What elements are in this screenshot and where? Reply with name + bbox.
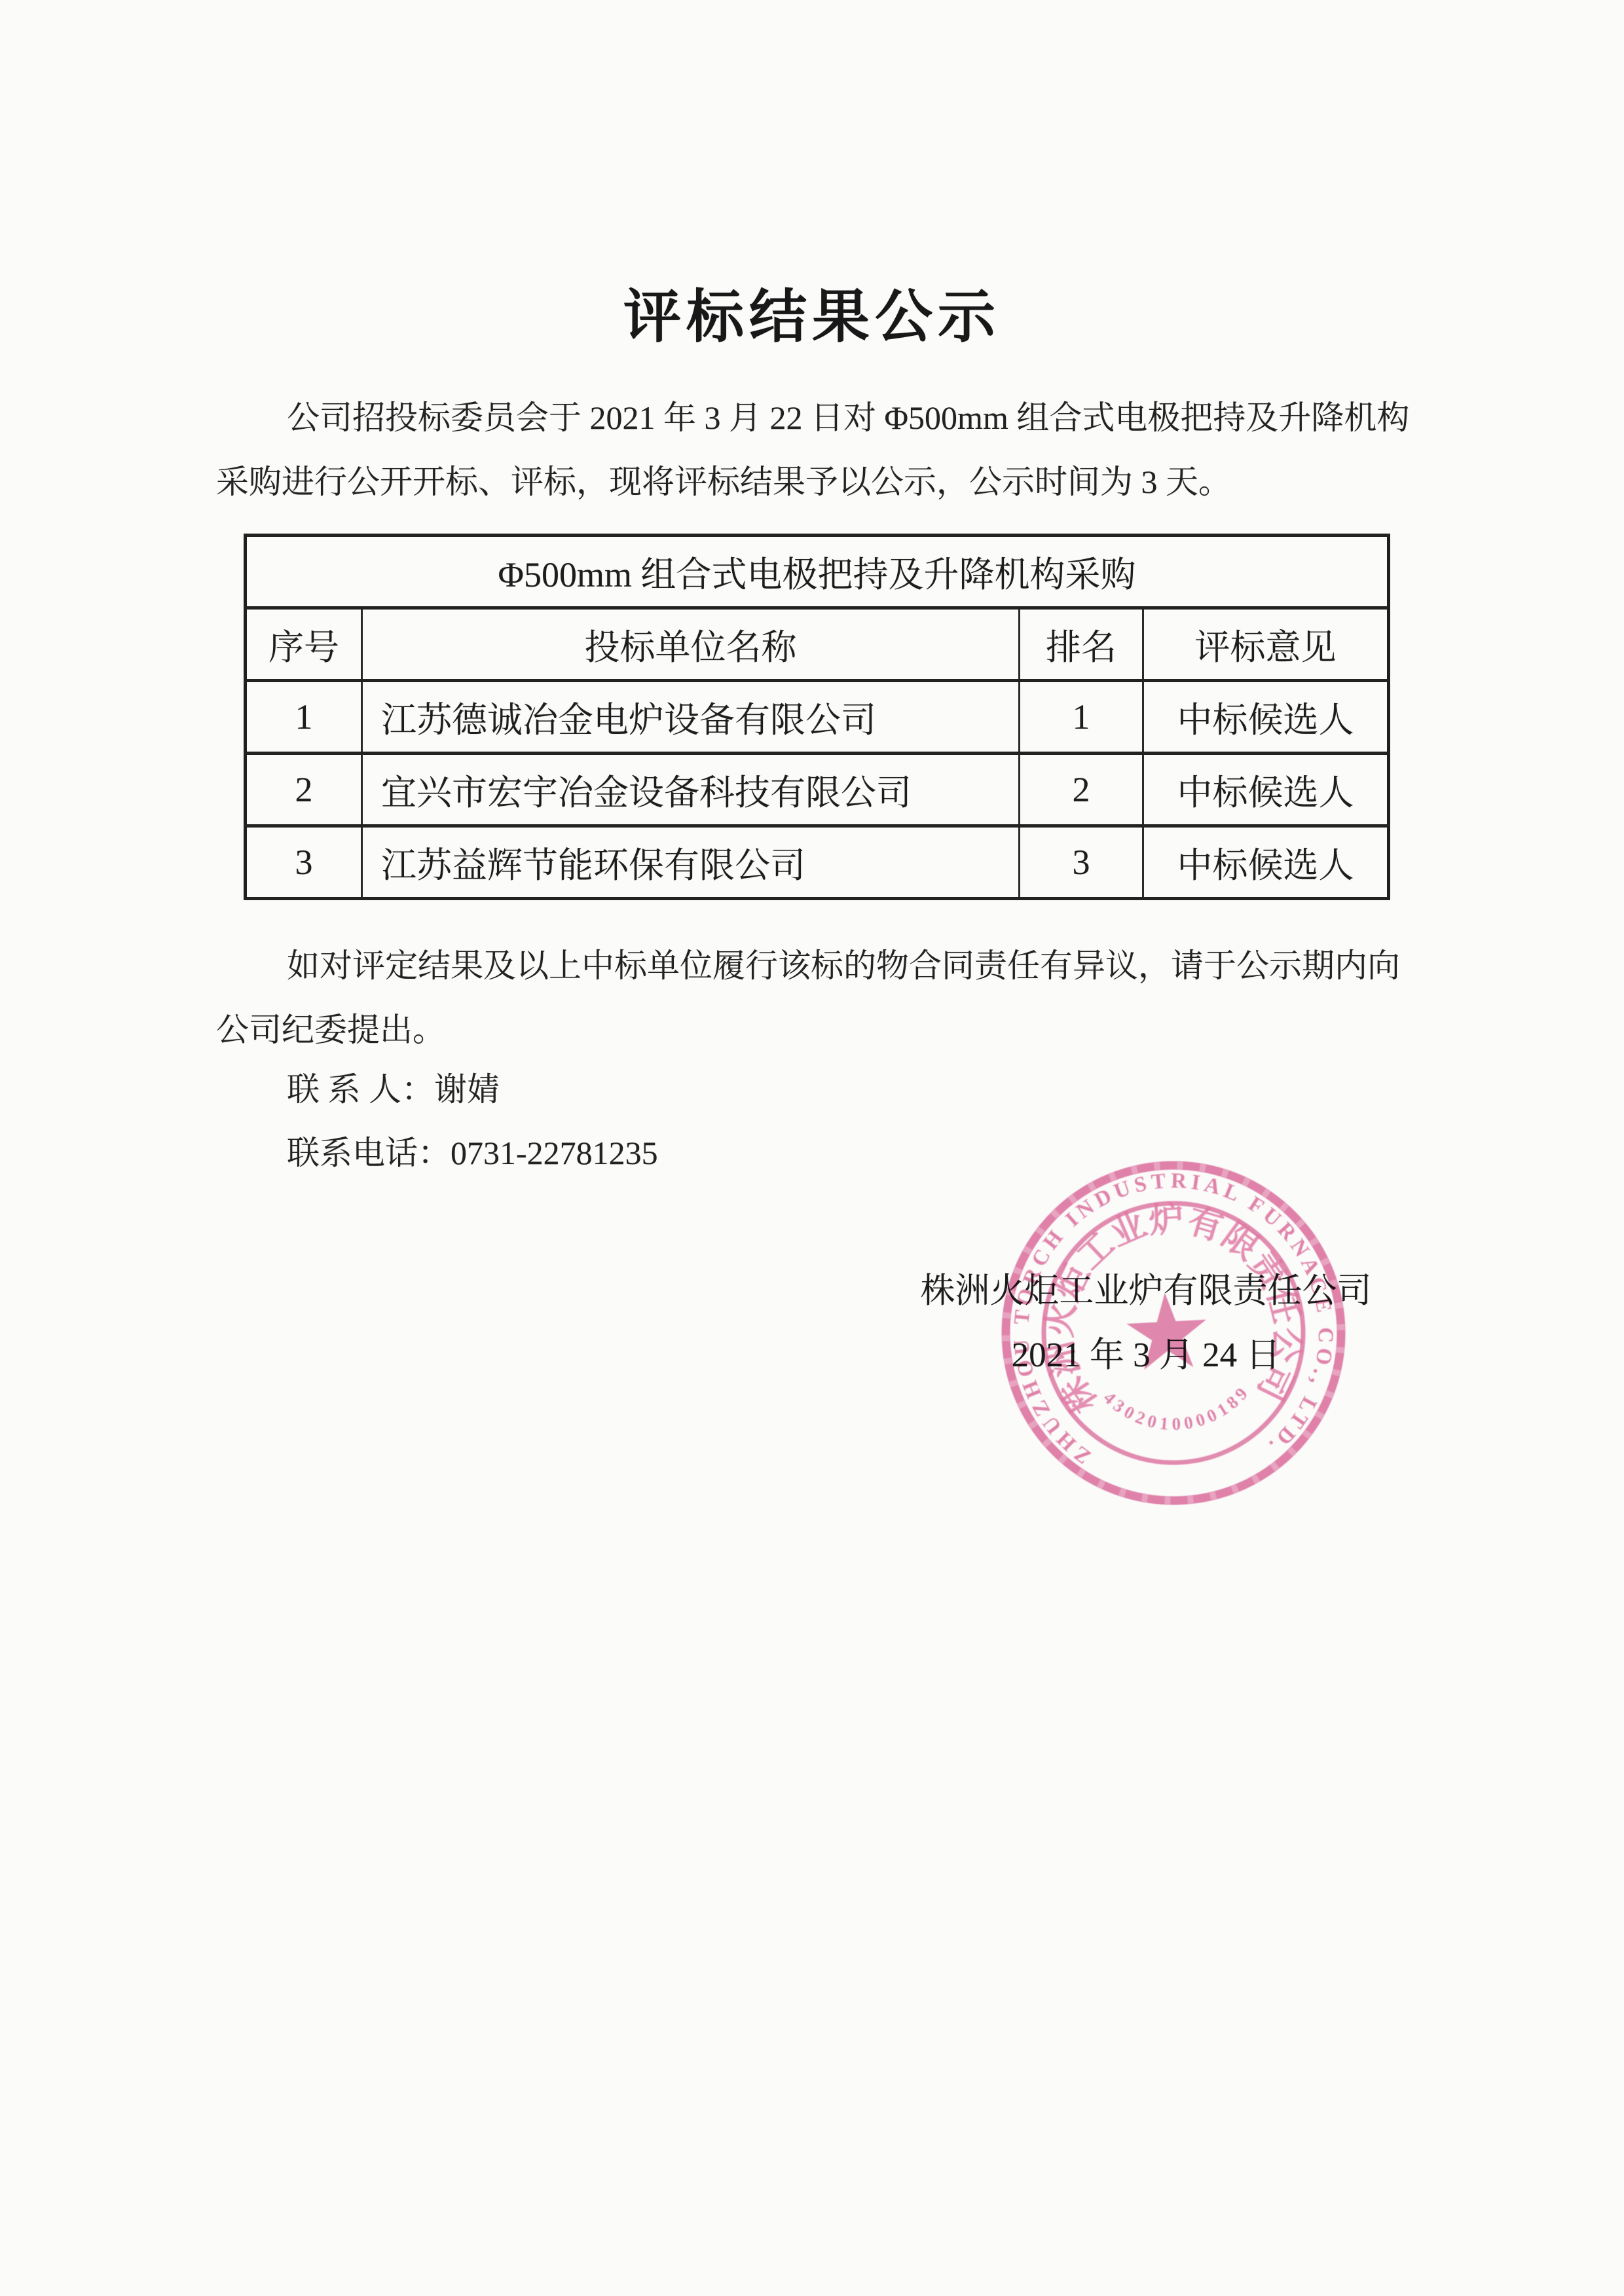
- table-row: 1 江苏德诚冶金电炉设备有限公司 1 中标候选人: [246, 681, 1389, 754]
- contact-person-line: 联 系 人：谢婧: [216, 1057, 1408, 1121]
- cell-company: 宜兴市宏宇冶金设备科技有限公司: [362, 754, 1020, 826]
- cell-rank: 1: [1020, 681, 1143, 754]
- intro-line-2: 采购进行公开开标、评标，现将评标结果予以公示，公示时间为 3 天。: [216, 450, 1408, 514]
- intro-line-1: 公司招投标委员会于 2021 年 3 月 22 日对 Φ500mm 组合式电极把…: [216, 386, 1408, 450]
- cell-no: 3: [246, 826, 362, 899]
- cell-company: 江苏益辉节能环保有限公司: [362, 826, 1020, 899]
- cell-no: 1: [246, 681, 362, 754]
- cell-opinion: 中标候选人: [1143, 826, 1389, 899]
- cell-no: 2: [246, 754, 362, 826]
- intro-paragraph: 公司招投标委员会于 2021 年 3 月 22 日对 Φ500mm 组合式电极把…: [216, 386, 1408, 514]
- table-row: 2 宜兴市宏宇冶金设备科技有限公司 2 中标候选人: [246, 754, 1389, 826]
- column-header-no: 序号: [246, 608, 362, 681]
- cell-opinion: 中标候选人: [1143, 681, 1389, 754]
- seal-serial-number: 4302010000189: [1099, 1381, 1253, 1438]
- table-caption-row: Φ500mm 组合式电极把持及升降机构采购: [246, 536, 1389, 608]
- table-caption: Φ500mm 组合式电极把持及升降机构采购: [246, 536, 1389, 608]
- column-header-company: 投标单位名称: [362, 608, 1020, 681]
- cell-company: 江苏德诚冶金电炉设备有限公司: [362, 681, 1020, 754]
- table-header-row: 序号 投标单位名称 排名 评标意见: [246, 608, 1389, 681]
- cell-opinion: 中标候选人: [1143, 754, 1389, 826]
- cell-rank: 3: [1020, 826, 1143, 899]
- column-header-opinion: 评标意见: [1143, 608, 1389, 681]
- cell-rank: 2: [1020, 754, 1143, 826]
- document-page: 评标结果公示 公司招投标委员会于 2021 年 3 月 22 日对 Φ500mm…: [0, 0, 1624, 2296]
- table-row: 3 江苏益辉节能环保有限公司 3 中标候选人: [246, 826, 1389, 899]
- bid-results-table: Φ500mm 组合式电极把持及升降机构采购 序号 投标单位名称 排名 评标意见 …: [244, 534, 1390, 900]
- objection-line-2: 公司纪委提出。: [216, 998, 1408, 1062]
- company-seal-stamp: ZHUZHOU TORCH INDUSTRIAL FURNACE CO., LT…: [981, 1140, 1367, 1526]
- page-title: 评标结果公示: [0, 285, 1624, 351]
- objection-paragraph: 如对评定结果及以上中标单位履行该标的物合同责任有异议，请于公示期内向 公司纪委提…: [216, 934, 1408, 1062]
- star-icon: [1125, 1290, 1209, 1370]
- column-header-rank: 排名: [1020, 608, 1143, 681]
- objection-line-1: 如对评定结果及以上中标单位履行该标的物合同责任有异议，请于公示期内向: [216, 934, 1408, 998]
- contact-person: 联 系 人：谢婧: [216, 1057, 1408, 1121]
